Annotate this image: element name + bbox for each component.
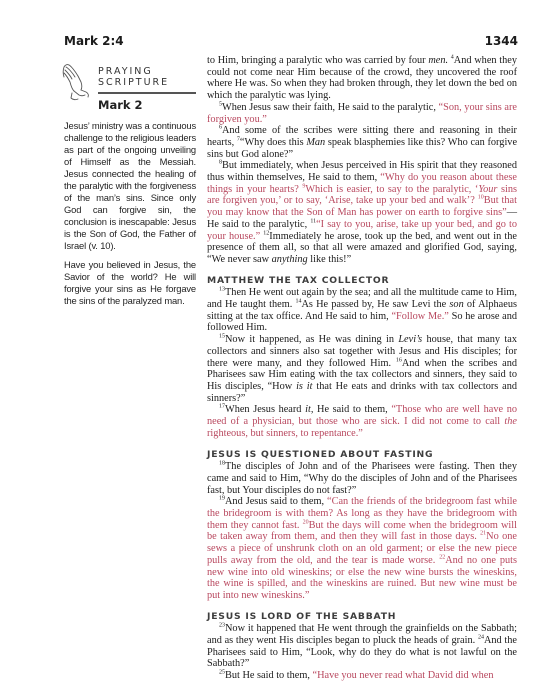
verse-paragraph: 8But immediately, when Jesus perceived i… bbox=[207, 160, 517, 265]
sidebar-title-line2: SCRIPTURE bbox=[98, 77, 169, 88]
verse-paragraph: 15Now it happened, as He was dining in L… bbox=[207, 334, 517, 404]
sidebar-title-line1: PRAYING bbox=[98, 62, 169, 77]
sidebar-paragraph: Have you believed in Jesus, the Savior o… bbox=[64, 259, 196, 307]
sidebar-paragraph: Jesus’ ministry was a continuous challen… bbox=[64, 120, 196, 252]
praying-scripture-sidebar: PRAYING SCRIPTURE Mark 2 Jesus’ ministry… bbox=[64, 62, 196, 307]
verse-paragraph: 19And Jesus said to them, “Can the frien… bbox=[207, 496, 517, 601]
sidebar-divider bbox=[98, 92, 196, 94]
words-of-christ: “Have you never read what David did when bbox=[313, 670, 494, 681]
praying-hands-icon bbox=[62, 62, 92, 102]
verse-paragraph: 6And some of the scribes were sitting th… bbox=[207, 125, 517, 160]
words-of-christ: “Follow Me.” bbox=[391, 311, 448, 322]
section-heading: JESUS IS QUESTIONED ABOUT FASTING bbox=[207, 449, 517, 461]
verse-paragraph: 5When Jesus saw their faith, He said to … bbox=[207, 102, 517, 125]
verse-paragraph: 18The disciples of John and of the Phari… bbox=[207, 461, 517, 496]
section-heading: JESUS IS LORD OF THE SABBATH bbox=[207, 611, 517, 623]
verse-paragraph: 25But He said to them, “Have you never r… bbox=[207, 670, 517, 682]
verse-paragraph: 13Then He went out again by the sea; and… bbox=[207, 287, 517, 334]
verse-paragraph: 23Now it happened that He went through t… bbox=[207, 623, 517, 670]
scripture-text: to Him, bringing a paralytic who was car… bbox=[207, 55, 517, 682]
page-number: 1344 bbox=[485, 34, 518, 48]
running-head: Mark 2:4 bbox=[64, 34, 124, 48]
section-heading: MATTHEW THE TAX COLLECTOR bbox=[207, 275, 517, 287]
verse-paragraph: to Him, bringing a paralytic who was car… bbox=[207, 55, 517, 102]
sidebar-book-reference: Mark 2 bbox=[98, 98, 196, 112]
verse-paragraph: 17When Jesus heard it, He said to them, … bbox=[207, 404, 517, 439]
sidebar-header: PRAYING SCRIPTURE bbox=[64, 62, 196, 102]
